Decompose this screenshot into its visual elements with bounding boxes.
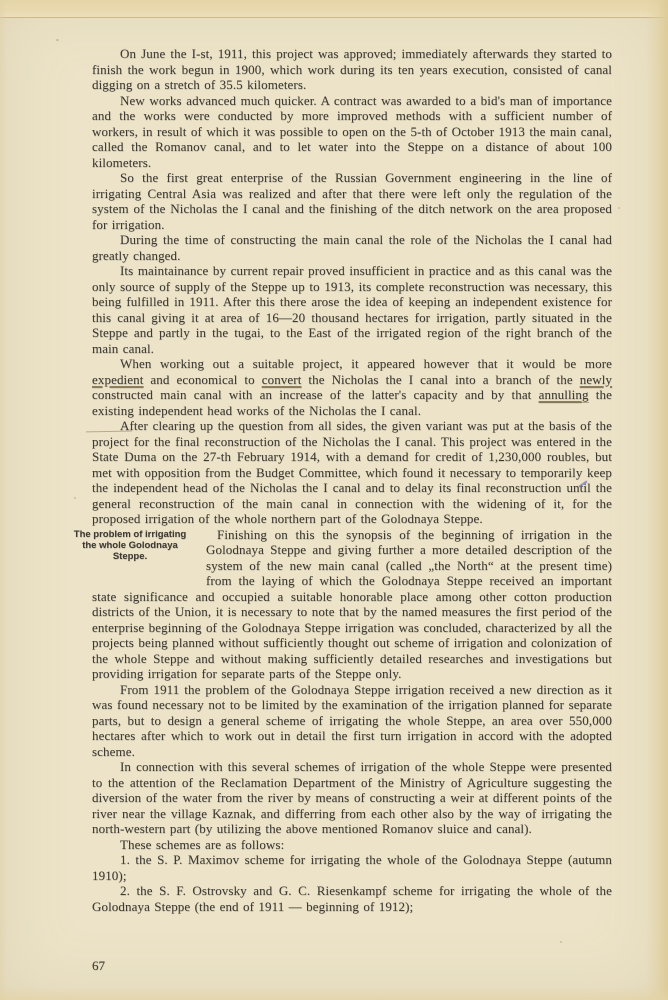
- paragraph: During the time of constructing the main…: [92, 232, 612, 263]
- text-segment: constructed main canal with an increase …: [92, 387, 539, 402]
- underlined-word: annulling: [539, 387, 589, 403]
- paragraph: 2. the S. F. Ostrovsky and G. C. Riesenk…: [92, 883, 612, 914]
- text-segment: So the first great enterprise of the Rus…: [92, 170, 612, 232]
- text-segment: From 1911 the problem of the Golodnaya S…: [92, 682, 612, 759]
- underlined-word: expedient: [92, 372, 143, 387]
- text-segment: In connection with this several schemes …: [92, 759, 612, 836]
- text-column: On June the I-st, 1911, this project was…: [92, 46, 612, 914]
- page-left-edge: [0, 0, 7, 1000]
- text-segment: 2. the S. F. Ostrovsky and G. C. Riesenk…: [92, 883, 612, 914]
- margin-note: The problem of irrigatingthe whole Golod…: [54, 527, 206, 574]
- text-segment: and economical to: [143, 372, 261, 387]
- paper-speck: [560, 941, 562, 943]
- paragraph: These schemes are as follows:: [92, 837, 612, 853]
- text-segment: 1. the S. P. Maximov scheme for irrigati…: [92, 852, 612, 883]
- page-right-edge: [646, 0, 668, 1000]
- page-top-edge: [0, 0, 668, 18]
- text-segment: During the time of constructing the main…: [92, 232, 612, 263]
- text-segment: New works advanced much quicker. A contr…: [92, 93, 612, 170]
- paragraph: After clearing up the question from all …: [92, 418, 612, 527]
- text-segment: When working out a suitable project, it …: [120, 356, 612, 371]
- text-segment: These schemes are as follows:: [120, 837, 284, 852]
- paragraph: On June the I-st, 1911, this project was…: [92, 46, 612, 93]
- paper-speck: [56, 39, 59, 41]
- paper-speck: [74, 497, 76, 499]
- paragraph: So the first great enterprise of the Rus…: [92, 170, 612, 232]
- paragraph: From 1911 the problem of the Golodnaya S…: [92, 682, 612, 760]
- text-segment: the Nicholas the I canal into a branch o…: [301, 372, 579, 387]
- underlined-word: newly: [580, 372, 612, 387]
- text-segment: After clearing up the question from all …: [92, 418, 612, 526]
- paragraph: 1. the S. P. Maximov scheme for irrigati…: [92, 852, 612, 883]
- scanned-book-page: { "colors": { "paper": "#ece3c8", "ink":…: [0, 0, 668, 1000]
- paragraph: The problem of irrigatingthe whole Golod…: [92, 527, 612, 682]
- paragraph: In connection with this several schemes …: [92, 759, 612, 837]
- page-number: 67: [92, 958, 105, 974]
- text-segment: Its maintainance by current repair prove…: [92, 263, 612, 356]
- underlined-word: convert: [262, 372, 302, 387]
- paragraph: New works advanced much quicker. A contr…: [92, 93, 612, 171]
- page-bottom-edge: [0, 987, 668, 1000]
- paper-speck: [201, 175, 203, 177]
- paragraph: Its maintainance by current repair prove…: [92, 263, 612, 356]
- text-segment: On June the I-st, 1911, this project was…: [92, 46, 612, 92]
- paragraph: When working out a suitable project, it …: [92, 356, 612, 418]
- paper-speck: [618, 207, 620, 209]
